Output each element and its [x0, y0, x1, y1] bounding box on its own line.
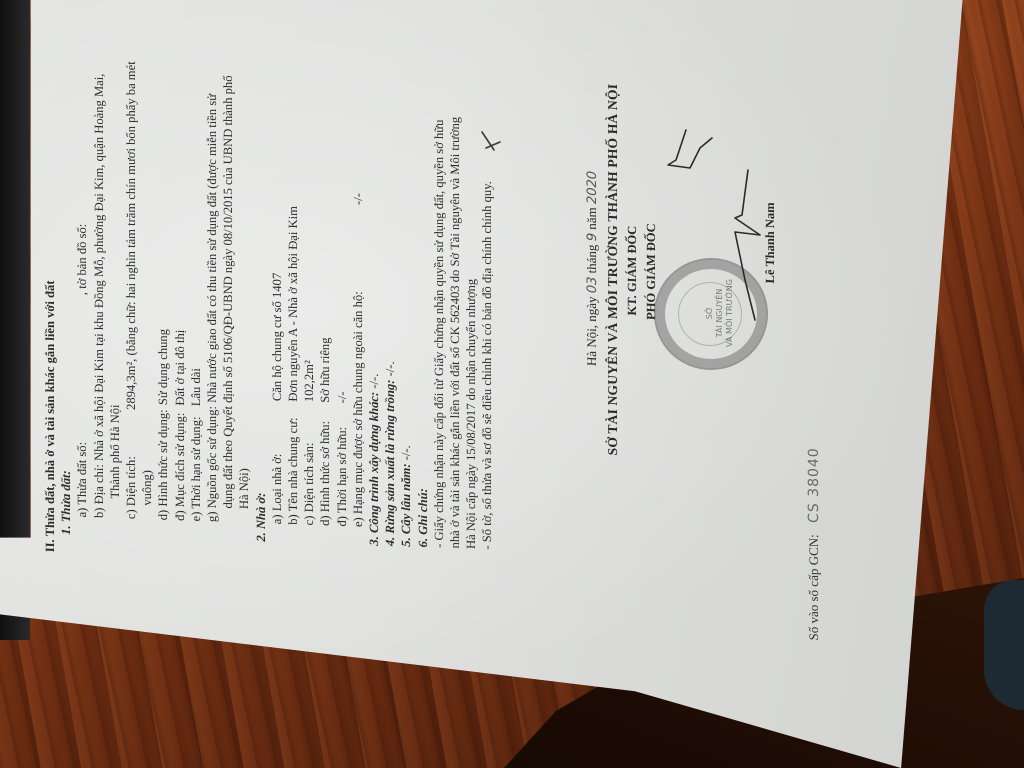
end-mark-icon [482, 132, 500, 150]
signature-strokes [0, 0, 1024, 768]
signature-icon [668, 130, 760, 320]
